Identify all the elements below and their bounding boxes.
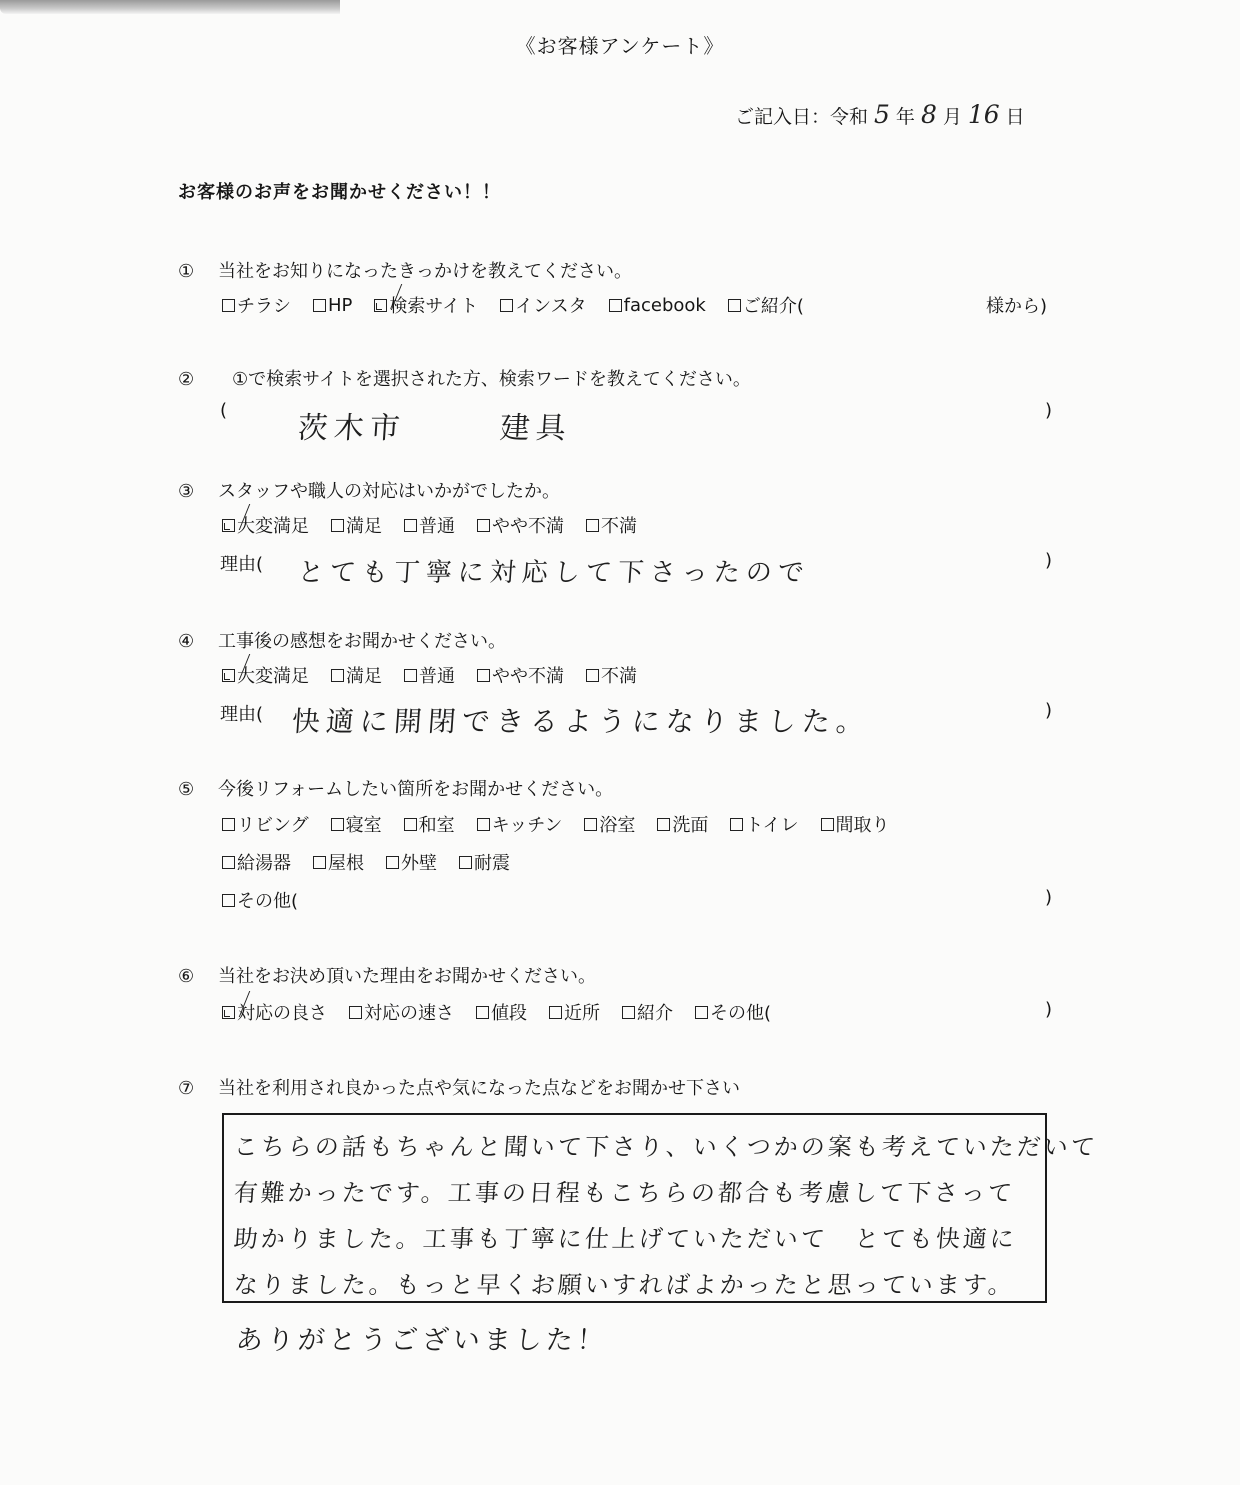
- q3-option-somewhat-dissatisfied[interactable]: やや不満: [477, 512, 564, 538]
- q4-option-very-satisfied[interactable]: 大変満足: [222, 662, 309, 688]
- option-label: 和室: [419, 811, 455, 837]
- thank-you-note: ありがとうございました！: [235, 1318, 610, 1357]
- checkbox[interactable]: [695, 1006, 708, 1019]
- option-label: 満足: [346, 512, 382, 538]
- q5-option-living[interactable]: リビング: [222, 811, 309, 837]
- close-paren: ): [1045, 999, 1052, 1020]
- option-label: トイレ: [745, 811, 798, 837]
- question-number: ①: [178, 261, 218, 282]
- q5-option-bedroom[interactable]: 寝室: [331, 811, 382, 837]
- q1-option-search-site[interactable]: 検索サイト: [374, 292, 478, 318]
- option-label: キッチン: [492, 811, 563, 837]
- checkbox[interactable]: [222, 299, 235, 312]
- page-title: 《お客様アンケート》: [0, 30, 1240, 59]
- checkbox-checked[interactable]: [222, 1006, 235, 1019]
- year-unit: 年: [896, 102, 915, 129]
- checkbox[interactable]: [477, 519, 490, 532]
- question-6: ⑥当社をお決め頂いた理由をお聞かせください。: [178, 962, 596, 988]
- checkbox[interactable]: [386, 856, 399, 869]
- option-label: 屋根: [328, 849, 364, 875]
- date-day[interactable]: 16: [968, 100, 1000, 129]
- q6-option-good-service[interactable]: 対応の良さ: [222, 999, 327, 1025]
- checkbox[interactable]: [657, 818, 670, 831]
- checkbox[interactable]: [331, 669, 344, 682]
- option-label: チラシ: [237, 292, 291, 318]
- q6-options: 対応の良さ 対応の速さ 値段 近所 紹介 その他(: [222, 999, 793, 1025]
- q3-option-neutral[interactable]: 普通: [404, 512, 455, 538]
- q5-option-exterior-wall[interactable]: 外壁: [386, 849, 437, 875]
- date-label: ご記入日：令和: [735, 102, 868, 129]
- checkbox[interactable]: [222, 856, 235, 869]
- option-label: 値段: [491, 999, 527, 1025]
- checkbox[interactable]: [313, 856, 326, 869]
- option-label: 大変満足: [237, 662, 309, 688]
- q5-option-seismic[interactable]: 耐震: [459, 849, 510, 875]
- question-number: ⑤: [178, 779, 218, 800]
- option-label: 紹介: [637, 999, 673, 1025]
- q4-option-satisfied[interactable]: 満足: [331, 662, 382, 688]
- q1-option-referral[interactable]: ご紹介(: [728, 292, 804, 318]
- q5-option-toilet[interactable]: トイレ: [730, 811, 798, 837]
- comment-line: なりました。もっと早くお願いすればよかったと思っています。: [233, 1265, 1017, 1300]
- option-label: 寝室: [346, 811, 382, 837]
- option-label: 不満: [601, 662, 637, 688]
- checkbox[interactable]: [459, 856, 472, 869]
- comment-box[interactable]: こちらの話もちゃんと聞いて下さり、いくつかの案も考えていただいて 有難かったです…: [222, 1113, 1047, 1303]
- close-paren: ): [1045, 550, 1052, 571]
- option-label: 検索サイト: [389, 292, 478, 318]
- option-label: やや不満: [492, 662, 564, 688]
- checkbox-checked[interactable]: [222, 519, 235, 532]
- q5-other: その他(: [222, 887, 320, 913]
- checkbox[interactable]: [331, 519, 344, 532]
- q5-option-water-heater[interactable]: 給湯器: [222, 849, 291, 875]
- question-4: ④工事後の感想をお聞かせください。: [178, 627, 506, 653]
- option-label: 外壁: [401, 849, 437, 875]
- question-3: ③スタッフや職人の対応はいかがでしたか。: [178, 477, 560, 503]
- q3-option-very-satisfied[interactable]: 大変満足: [222, 512, 309, 538]
- comment-line: 助かりました。工事も丁寧に仕上げていただいて とても快適に: [233, 1219, 1018, 1254]
- question-7: ⑦当社を利用され良かった点や気になった点などをお聞かせ下さい: [178, 1074, 740, 1100]
- q3-option-satisfied[interactable]: 満足: [331, 512, 382, 538]
- question-text: 今後リフォームしたい箇所をお聞かせください。: [218, 779, 613, 800]
- q6-option-nearby[interactable]: 近所: [549, 999, 600, 1025]
- option-label: 対応の速さ: [364, 999, 454, 1025]
- date-field: ご記入日：令和 5 年 8 月 16 日: [735, 100, 1025, 129]
- scan-smudge: [0, 0, 340, 14]
- question-number: ③: [178, 481, 218, 502]
- open-paren: (: [220, 400, 227, 421]
- checkbox[interactable]: [477, 669, 490, 682]
- checkbox[interactable]: [730, 818, 743, 831]
- q5-option-kitchen[interactable]: キッチン: [477, 811, 563, 837]
- checkbox[interactable]: [404, 519, 417, 532]
- comment-line: こちらの話もちゃんと聞いて下さり、いくつかの案も考えていただいて: [233, 1127, 1099, 1162]
- question-text: ①で検索サイトを選択された方、検索ワードを教えてください。: [232, 369, 751, 390]
- checkbox[interactable]: [222, 818, 235, 831]
- q4-option-neutral[interactable]: 普通: [404, 662, 455, 688]
- checkbox-checked[interactable]: [374, 299, 387, 312]
- close-paren: ): [1045, 887, 1052, 908]
- checkbox[interactable]: [476, 1006, 489, 1019]
- option-label: やや不満: [492, 512, 564, 538]
- q4-option-dissatisfied[interactable]: 不満: [586, 662, 637, 688]
- option-label: 大変満足: [237, 512, 309, 538]
- date-year[interactable]: 5: [874, 100, 890, 129]
- checkbox[interactable]: [404, 818, 417, 831]
- checkbox[interactable]: [549, 1006, 562, 1019]
- checkbox[interactable]: [609, 299, 622, 312]
- option-label: 不満: [601, 512, 637, 538]
- question-number: ④: [178, 631, 218, 652]
- checkbox[interactable]: [728, 299, 741, 312]
- q4-option-somewhat-dissatisfied[interactable]: やや不満: [477, 662, 564, 688]
- option-label: facebook: [624, 295, 706, 316]
- reason-label: 理由(: [220, 700, 263, 726]
- question-text: 当社をお決め頂いた理由をお聞かせください。: [218, 966, 596, 987]
- option-label: 満足: [346, 662, 382, 688]
- q1-option-flyer[interactable]: チラシ: [222, 292, 291, 318]
- checkbox[interactable]: [622, 1006, 635, 1019]
- option-label: HP: [328, 295, 352, 316]
- intro-heading: お客様のお声をお聞かせください！！: [178, 178, 501, 204]
- checkbox[interactable]: [821, 818, 834, 831]
- close-paren: ): [1045, 700, 1052, 721]
- day-unit: 日: [1006, 102, 1025, 129]
- question-number: ②: [178, 369, 218, 390]
- option-label: その他(: [710, 999, 771, 1025]
- q5-option-washroom[interactable]: 洗面: [657, 811, 708, 837]
- q3-options: 大変満足 満足 普通 やや不満 不満: [222, 512, 659, 538]
- q3-reason[interactable]: とても丁寧に対応して下さったので: [297, 552, 812, 589]
- q6-option-price[interactable]: 値段: [476, 999, 527, 1025]
- question-text: 当社を利用され良かった点や気になった点などをお聞かせ下さい: [218, 1078, 740, 1099]
- q1-option-instagram[interactable]: インスタ: [500, 292, 586, 318]
- comment-line: 有難かったです。工事の日程もこちらの都合も考慮して下さって: [233, 1173, 1017, 1208]
- checkbox[interactable]: [313, 299, 326, 312]
- option-label: 間取り: [836, 811, 890, 837]
- checkbox[interactable]: [331, 818, 344, 831]
- search-word-2[interactable]: 建具: [498, 403, 573, 447]
- option-label: 普通: [419, 662, 455, 688]
- question-number: ⑥: [178, 966, 218, 987]
- checkbox[interactable]: [500, 299, 513, 312]
- question-text: 当社をお知りになったきっかけを教えてください。: [218, 261, 632, 282]
- q4-options: 大変満足 満足 普通 やや不満 不満: [222, 662, 659, 688]
- question-5: ⑤今後リフォームしたい箇所をお聞かせください。: [178, 775, 613, 801]
- q5-options-row2: 給湯器 屋根 外壁 耐震: [222, 849, 532, 875]
- option-label: 対応の良さ: [237, 999, 327, 1025]
- question-text: スタッフや職人の対応はいかがでしたか。: [218, 481, 560, 502]
- checkbox-checked[interactable]: [222, 669, 235, 682]
- q5-option-japanese-room[interactable]: 和室: [404, 811, 455, 837]
- option-label: インスタ: [515, 292, 586, 318]
- question-text: 工事後の感想をお聞かせください。: [218, 631, 506, 652]
- q5-option-bathroom[interactable]: 浴室: [584, 811, 635, 837]
- option-label: 耐震: [474, 849, 510, 875]
- checkbox[interactable]: [584, 818, 597, 831]
- question-number: ⑦: [178, 1078, 218, 1099]
- option-label: 浴室: [599, 811, 635, 837]
- q1-option-hp[interactable]: HP: [313, 292, 352, 318]
- checkbox[interactable]: [349, 1006, 362, 1019]
- close-paren: ): [1045, 400, 1052, 421]
- question-2: ②①で検索サイトを選択された方、検索ワードを教えてください。: [178, 365, 751, 391]
- option-label: その他(: [237, 887, 298, 913]
- q6-option-fast-service[interactable]: 対応の速さ: [349, 999, 454, 1025]
- search-word-1[interactable]: 茨木市: [296, 403, 407, 447]
- q1-option-facebook[interactable]: facebook: [609, 292, 706, 318]
- reason-label: 理由(: [220, 550, 263, 576]
- q3-option-dissatisfied[interactable]: 不満: [586, 512, 637, 538]
- referral-suffix: 様から): [986, 292, 1047, 318]
- q1-options: チラシ HP 検索サイト インスタ facebook ご紹介(: [222, 292, 826, 318]
- checkbox[interactable]: [222, 894, 235, 907]
- checkbox[interactable]: [586, 669, 599, 682]
- checkbox[interactable]: [586, 519, 599, 532]
- month-unit: 月: [943, 102, 962, 129]
- option-label: 普通: [419, 512, 455, 538]
- option-label: 近所: [564, 999, 600, 1025]
- question-1: ①当社をお知りになったきっかけを教えてください。: [178, 257, 632, 283]
- q5-option-layout[interactable]: 間取り: [821, 811, 890, 837]
- checkbox[interactable]: [477, 818, 490, 831]
- q6-option-referral[interactable]: 紹介: [622, 999, 673, 1025]
- q5-option-roof[interactable]: 屋根: [313, 849, 364, 875]
- option-label: 給湯器: [237, 849, 291, 875]
- option-label: リビング: [237, 811, 309, 837]
- q4-reason[interactable]: 快適に開閉できるようになりました。: [291, 700, 872, 740]
- checkbox[interactable]: [404, 669, 417, 682]
- option-label: ご紹介(: [743, 292, 804, 318]
- q5-option-other[interactable]: その他(: [222, 887, 298, 913]
- option-label: 洗面: [672, 811, 708, 837]
- date-month[interactable]: 8: [921, 100, 937, 129]
- q5-options-row1: リビング 寝室 和室 キッチン 浴室 洗面 トイレ 間取り: [222, 811, 912, 837]
- q6-option-other[interactable]: その他(: [695, 999, 771, 1025]
